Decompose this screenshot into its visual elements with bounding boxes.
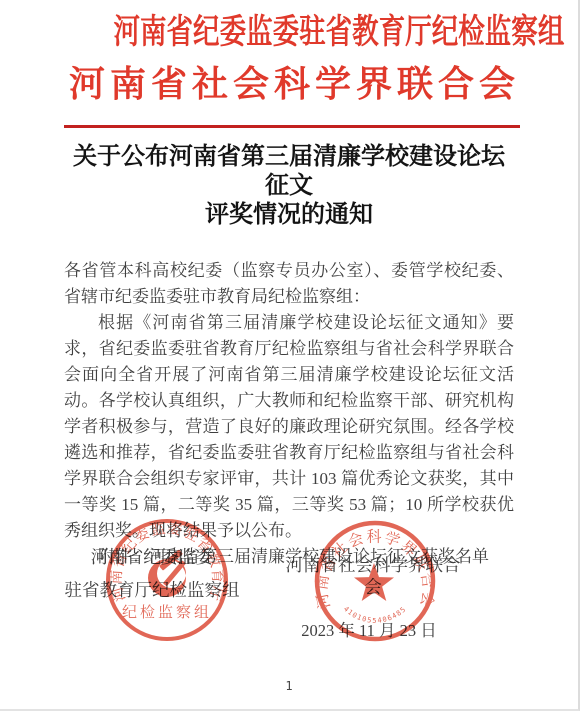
- letterhead-org-line2: 河南省社会科学界联合会: [64, 64, 514, 104]
- hammer-sickle-icon: [148, 549, 186, 597]
- notice-title-line1: 关于公布河南省第三届清廉学校建设论坛征文: [64, 143, 514, 201]
- svg-text:4101055406485: 4101055406485: [342, 605, 408, 625]
- body-paragraph: 根据《河南省第三届清廉学校建设论坛征文通知》要求，省纪委监委驻省教育厅纪检监察组…: [64, 310, 514, 544]
- left-official-seal: 河南省纪委监委驻省教育厅 纪检监察组: [103, 516, 231, 644]
- letterhead-org-line1: 河南省纪委监委驻省教育厅纪检监察组: [114, 10, 465, 54]
- left-seal-bottom-text: 纪检监察组: [122, 603, 212, 621]
- right-seal-serial: 4101055406485: [342, 605, 408, 625]
- letterhead-divider-rule: [64, 125, 520, 128]
- page-number: 1: [0, 679, 578, 693]
- document-page: 河南省纪委监委驻省教育厅纪检监察组 河南省社会科学界联合会 关于公布河南省第三届…: [0, 0, 580, 711]
- notice-title-line2: 评奖情况的通知: [64, 201, 514, 230]
- salutation: 各省管本科高校纪委（监察专员办公室）、委管学校纪委、省辖市纪委监委驻市教育局纪检…: [64, 258, 514, 310]
- right-official-seal: 河南省社会科学界联合会 4101055406485: [311, 517, 439, 645]
- star-icon: [354, 563, 394, 601]
- notice-title: 关于公布河南省第三届清廉学校建设论坛征文 评奖情况的通知: [64, 143, 514, 230]
